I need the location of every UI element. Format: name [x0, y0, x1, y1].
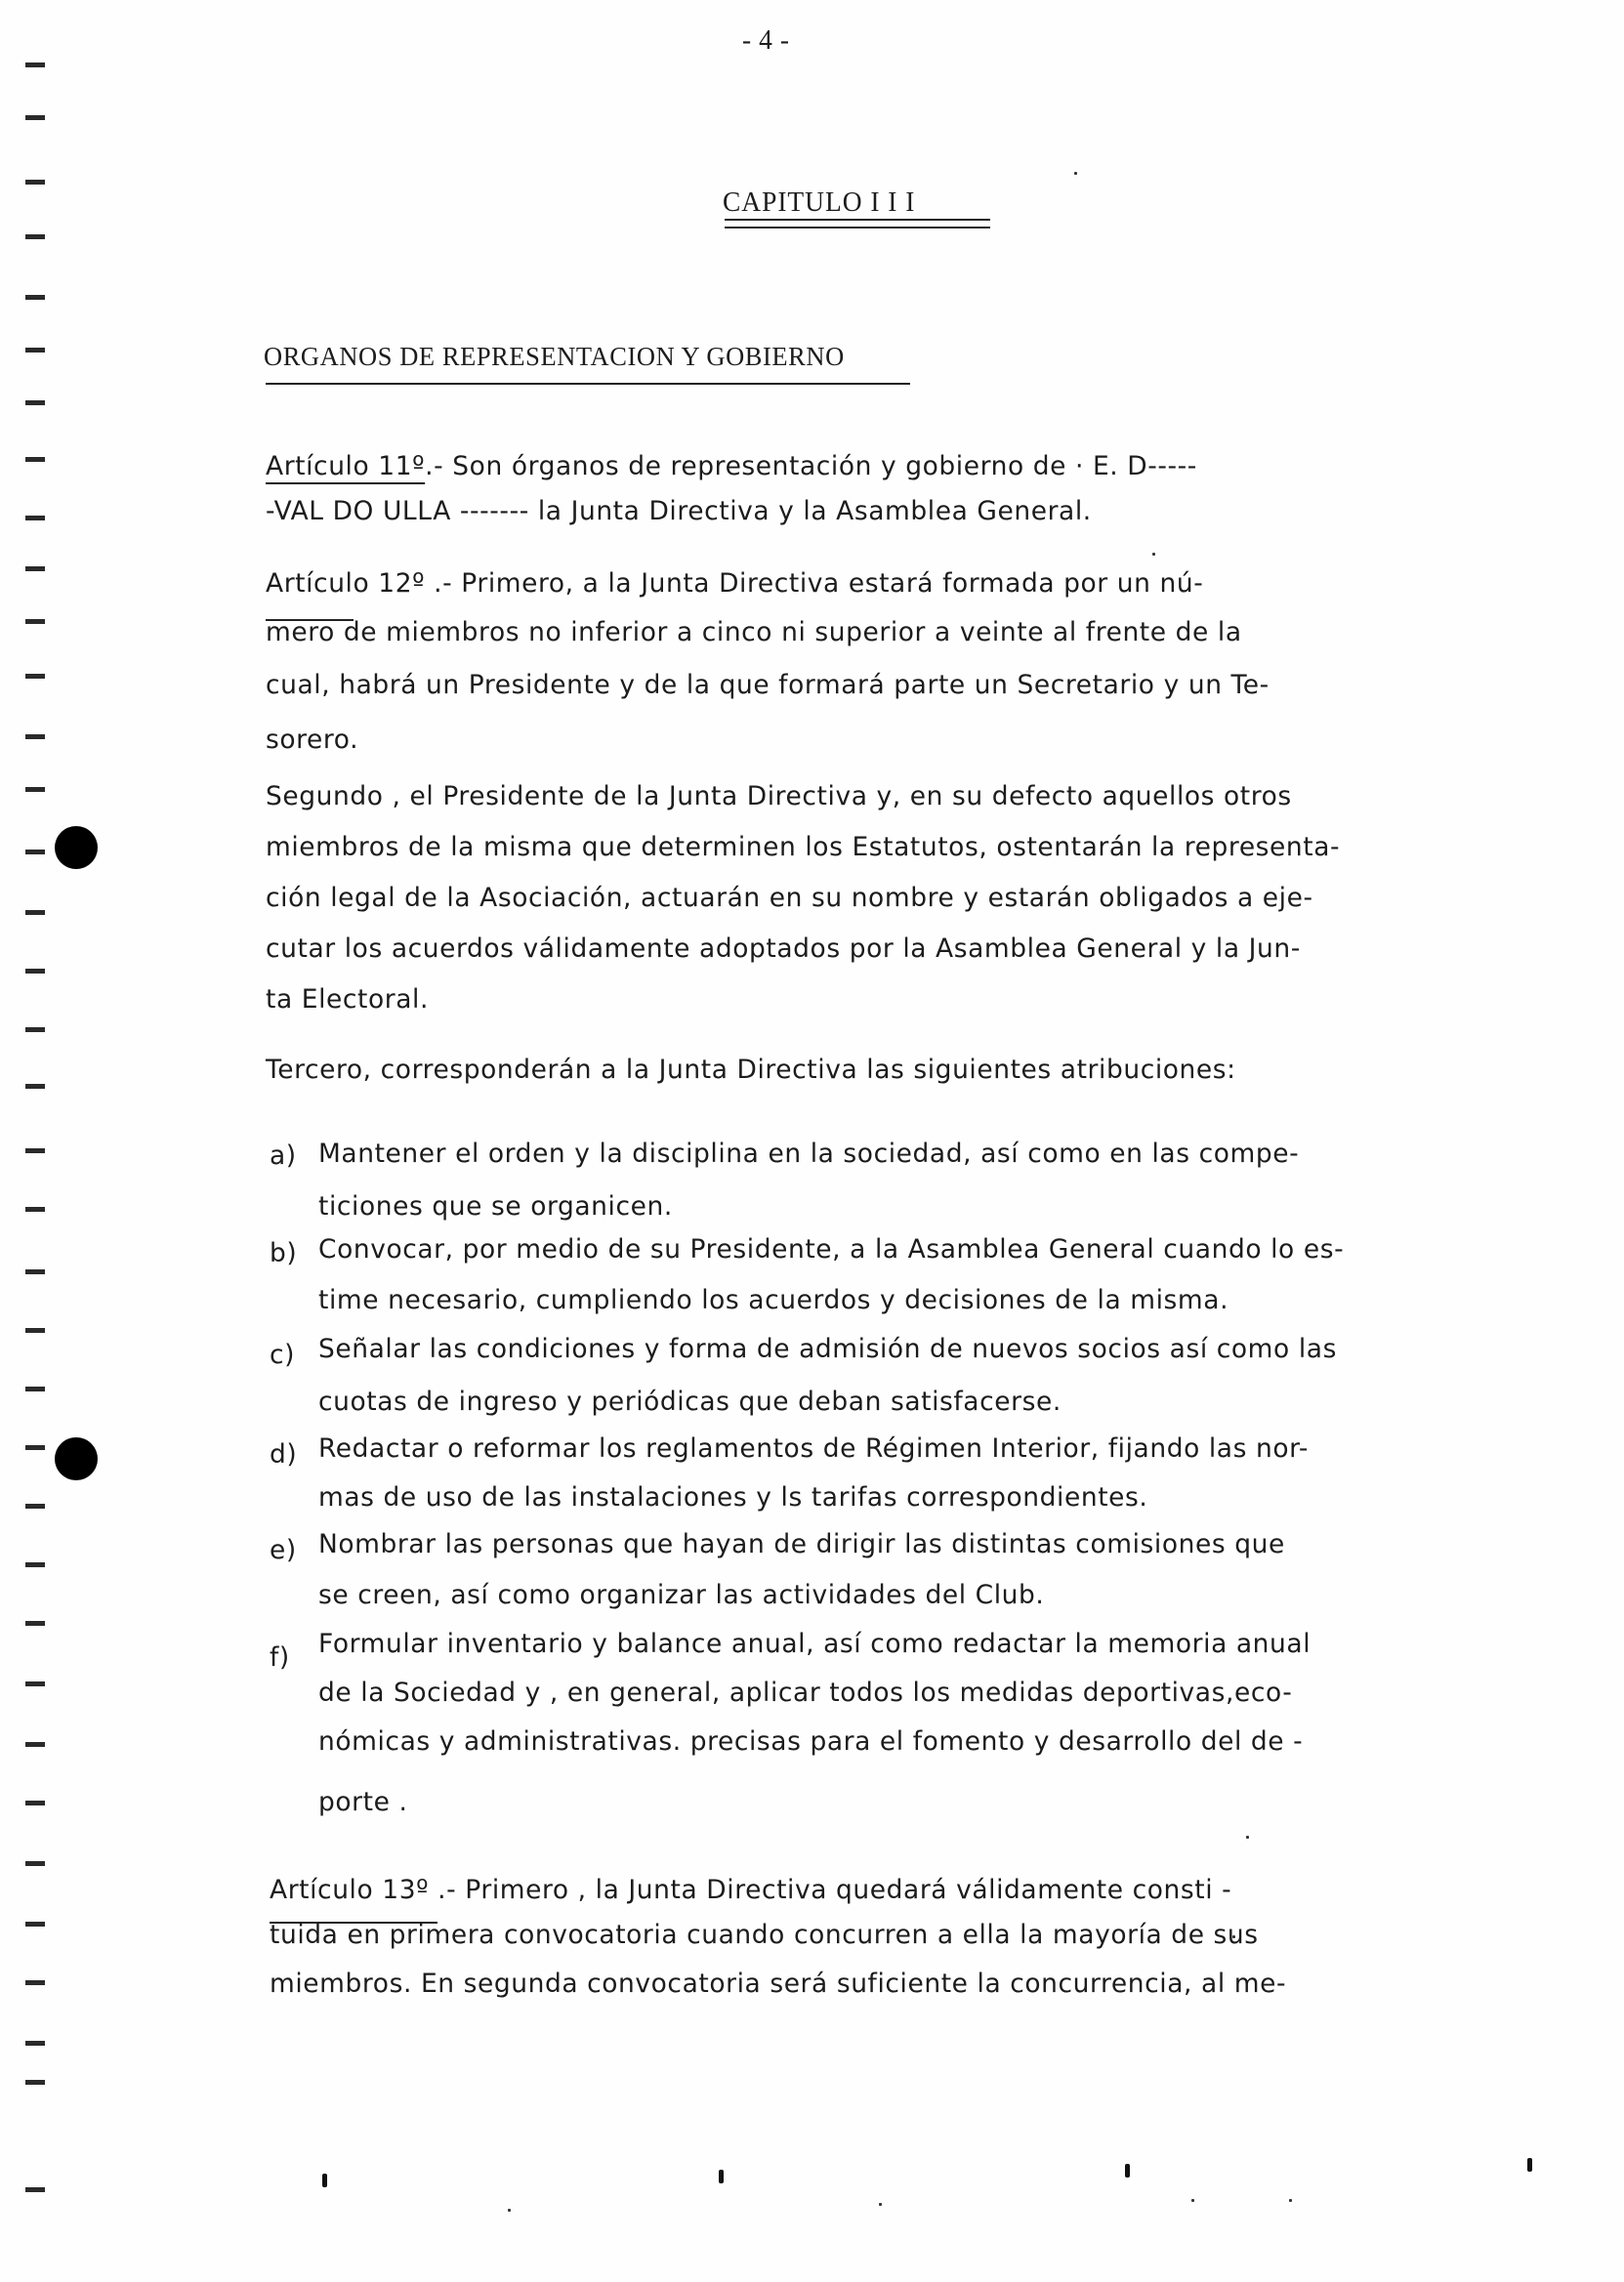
item-e-line-1: Nombrar las personas que hayan de dirigi… [318, 1529, 1285, 1559]
item-d-line-1: Redactar o reformar los reglamentos de R… [318, 1433, 1309, 1464]
segundo-line-3: ción legal de la Asociación, actuarán en… [266, 883, 1313, 913]
punch-hole-lower [55, 1437, 98, 1480]
scan-mark [1125, 2164, 1130, 2178]
article-11-label: Artículo 11º [266, 451, 425, 481]
article-11: Artículo 11º.- Son órganos de representa… [266, 451, 1197, 481]
item-f-line-2: de la Sociedad y , en general, aplicar t… [318, 1678, 1292, 1708]
item-d-letter: d) [270, 1439, 297, 1470]
scan-mark [719, 2170, 724, 2183]
chapter-underline-1 [725, 219, 990, 221]
article-12-line-2: mero de miembros no inferior a cinco ni … [266, 617, 1242, 647]
item-f-line-4: porte . [318, 1787, 407, 1817]
item-e-letter: e) [270, 1535, 297, 1565]
item-f-letter: f) [270, 1642, 290, 1673]
article-12-line-3: cual, habrá un Presidente y de la que fo… [266, 670, 1270, 700]
item-c-letter: c) [270, 1340, 295, 1370]
item-c-line-1: Señalar las condiciones y forma de admis… [318, 1334, 1337, 1364]
article-13: Artículo 13º .- Primero , la Junta Direc… [270, 1875, 1231, 1905]
chapter-title: CAPITULO I I I [723, 187, 915, 219]
item-a-line-2: ticiones que se organicen. [318, 1191, 673, 1222]
article-11-line-2: -VAL DO ULLA ------- la Junta Directiva … [266, 496, 1092, 526]
page-number: - 4 - [742, 25, 790, 57]
scan-mark [322, 2174, 327, 2187]
item-f-line-3: nómicas y administrativas. precisas para… [318, 1726, 1303, 1757]
section-underline [266, 383, 910, 385]
article-13-line-3: miembros. En segunda convocatoria será s… [270, 1969, 1286, 1999]
item-f-line-1: Formular inventario y balance anual, así… [318, 1629, 1311, 1659]
segundo-line-1: Segundo , el Presidente de la Junta Dire… [266, 781, 1292, 811]
punch-hole-upper [55, 826, 98, 869]
article-12-line-4: sorero. [266, 725, 358, 755]
item-a-letter: a) [270, 1141, 297, 1171]
segundo-line-4: cutar los acuerdos válidamente adoptados… [266, 934, 1301, 964]
item-b-line-1: Convocar, por medio de su Presidente, a … [318, 1234, 1344, 1265]
item-c-line-2: cuotas de ingreso y periódicas que deban… [318, 1387, 1062, 1417]
article-12-label: Artículo 12º [266, 568, 425, 599]
segundo-line-2: miembros de la misma que determinen los … [266, 832, 1340, 862]
scanned-page: - 4 - CAPITULO I I I ORGANOS DE REPRESEN… [0, 0, 1624, 2282]
item-a-line-1: Mantener el orden y la disciplina en la … [318, 1139, 1299, 1169]
article-13-label: Artículo 13º [270, 1875, 429, 1905]
article-12: Artículo 12º .- Primero, a la Junta Dire… [266, 568, 1203, 599]
tercero-line: Tercero, corresponderán a la Junta Direc… [266, 1055, 1236, 1085]
chapter-underline-2 [725, 227, 990, 228]
item-e-line-2: se creen, así como organizar las activid… [318, 1580, 1044, 1610]
scan-mark [1527, 2158, 1532, 2172]
section-title: ORGANOS DE REPRESENTACION Y GOBIERNO [264, 342, 845, 372]
item-b-line-2: time necesario, cumpliendo los acuerdos … [318, 1285, 1228, 1315]
item-d-line-2: mas de uso de las instalaciones y ls tar… [318, 1482, 1147, 1513]
item-b-letter: b) [270, 1238, 297, 1268]
segundo-line-5: ta Electoral. [266, 984, 429, 1015]
article-13-line-2: tuida en primera convocatoria cuando con… [270, 1920, 1259, 1950]
